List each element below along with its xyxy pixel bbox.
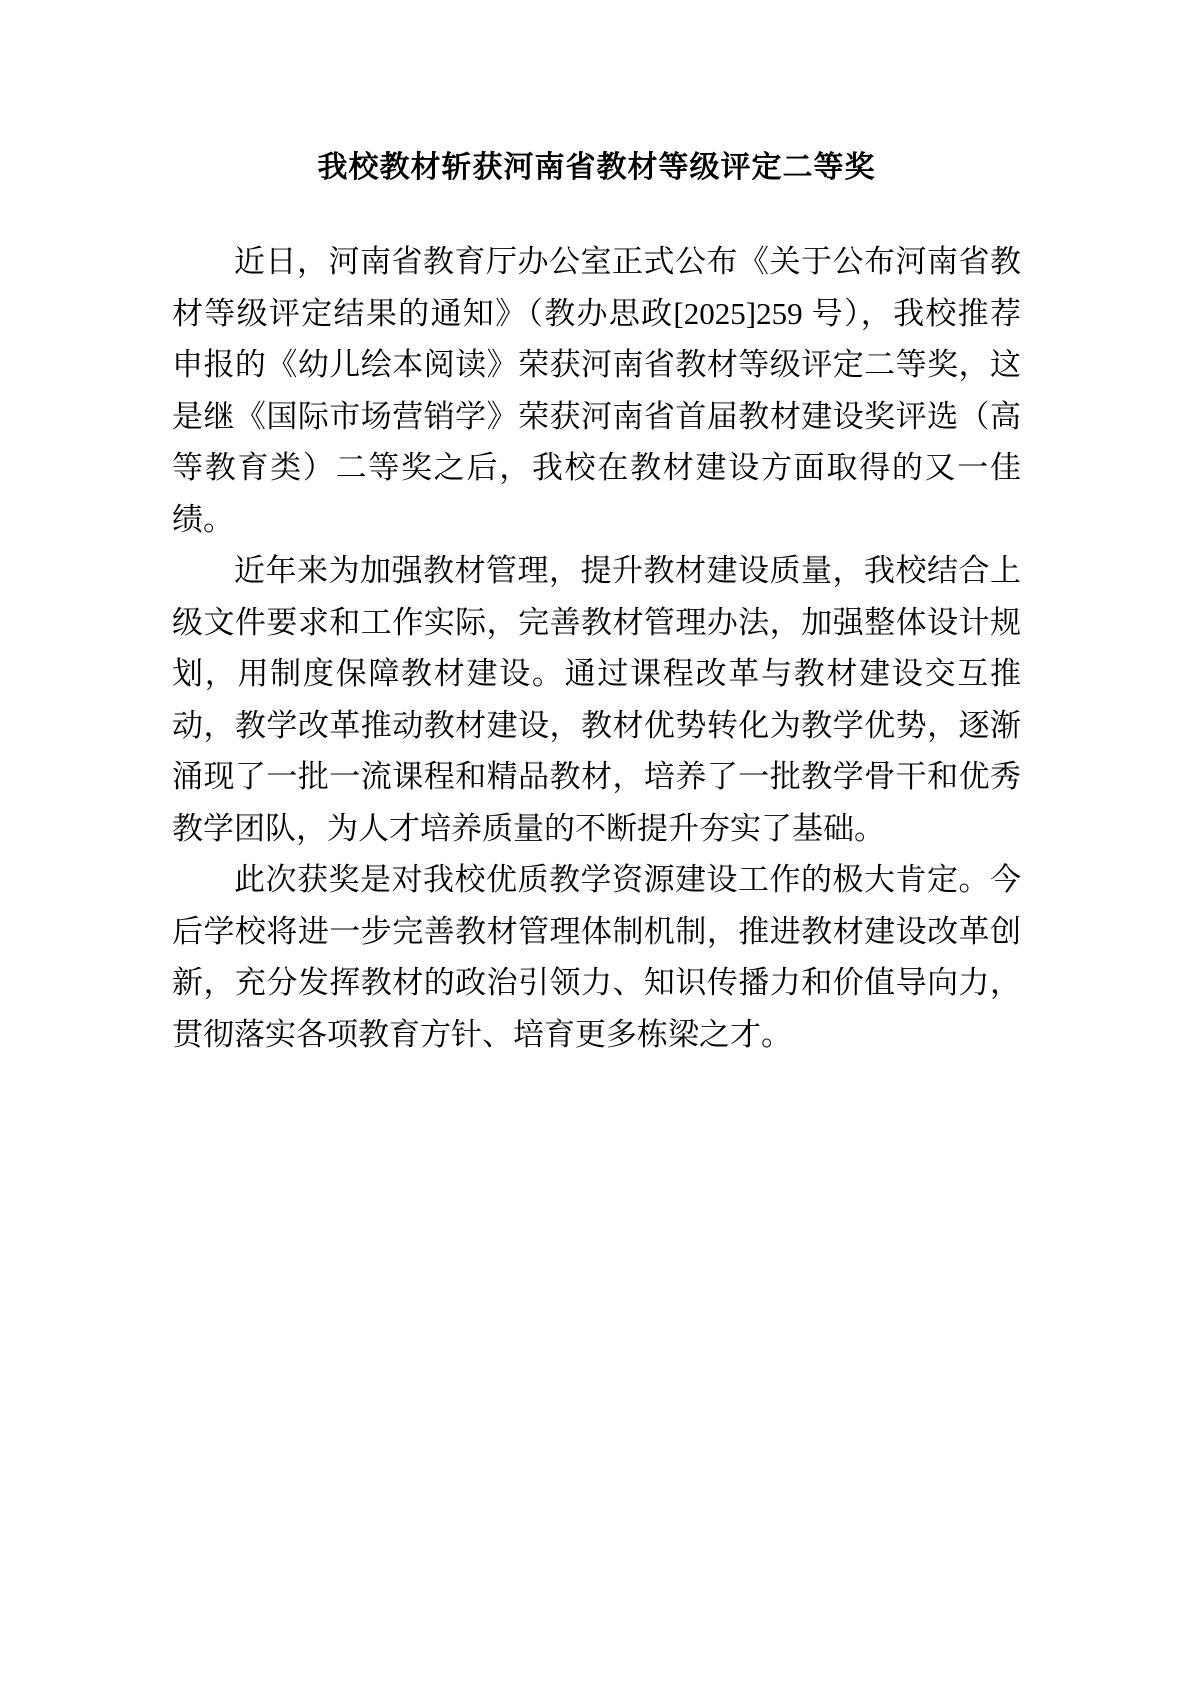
document-body: 近日，河南省教育厅办公室正式公布《关于公布河南省教材等级评定结果的通知》（教办思…	[172, 236, 1021, 1060]
paragraph-3: 此次获奖是对我校优质教学资源建设工作的极大肯定。今后学校将进一步完善教材管理体制…	[172, 854, 1021, 1060]
paragraph-2: 近年来为加强教材管理，提升教材建设质量，我校结合上级文件要求和工作实际，完善教材…	[172, 545, 1021, 854]
paragraph-1: 近日，河南省教育厅办公室正式公布《关于公布河南省教材等级评定结果的通知》（教办思…	[172, 236, 1021, 545]
document-page: 我校教材斩获河南省教材等级评定二等奖 近日，河南省教育厅办公室正式公布《关于公布…	[0, 0, 1191, 1684]
document-title: 我校教材斩获河南省教材等级评定二等奖	[172, 146, 1021, 190]
